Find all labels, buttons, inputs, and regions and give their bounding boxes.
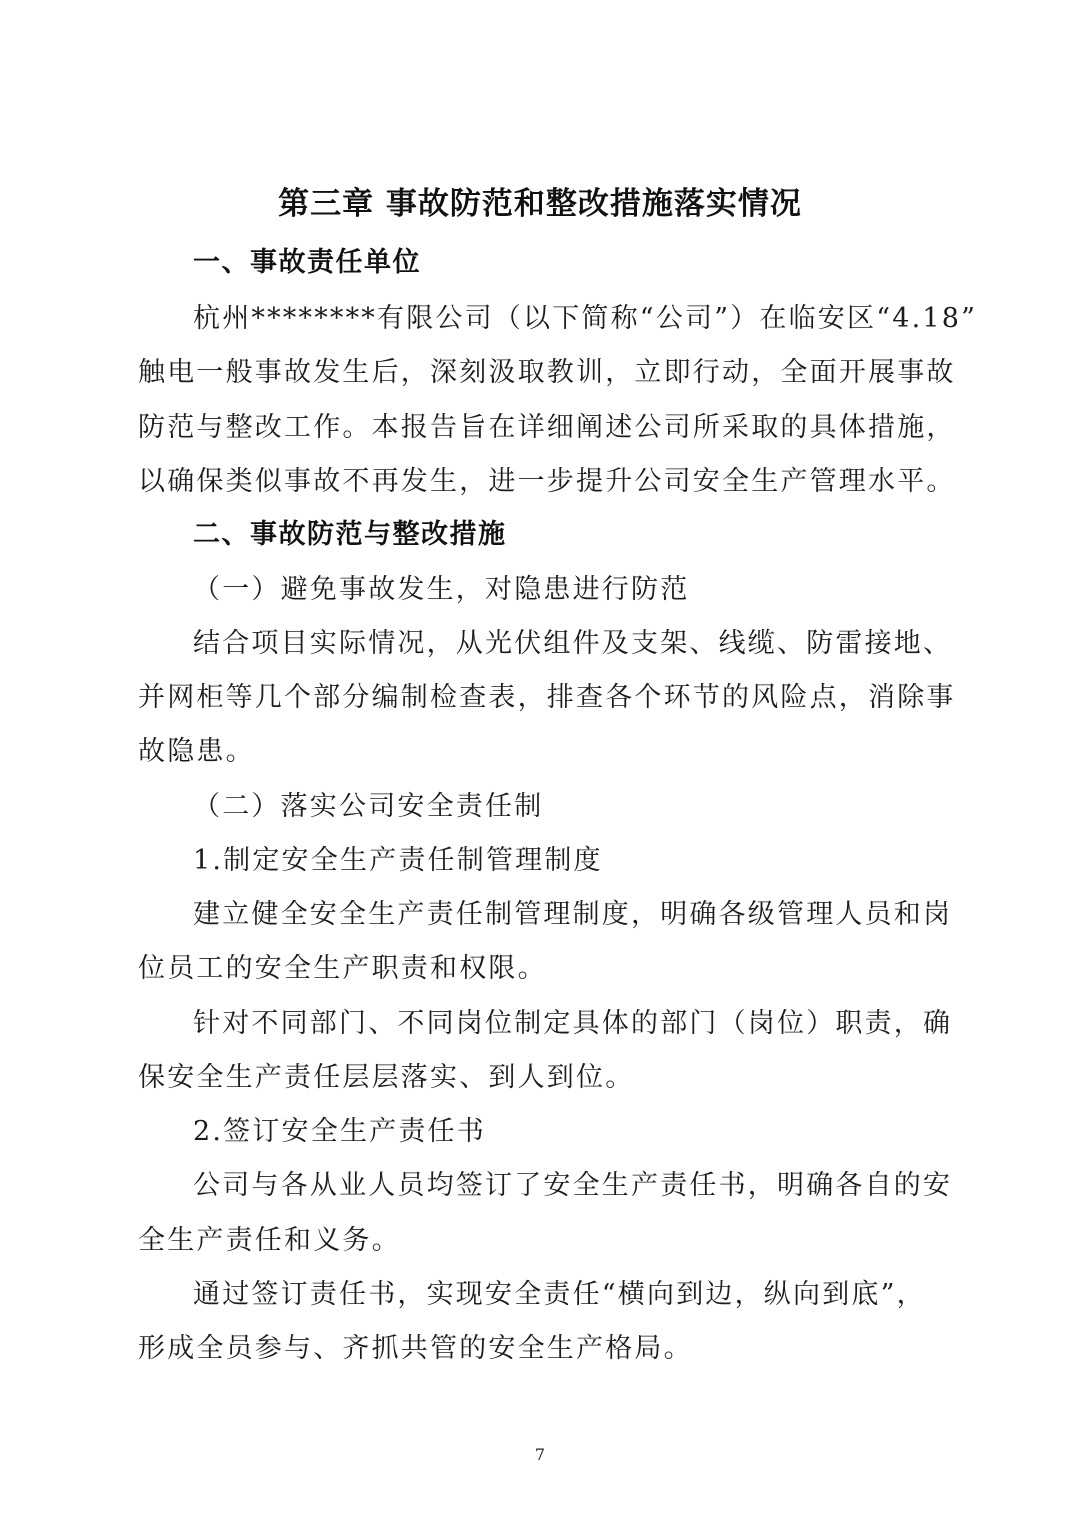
paragraph-line: 杭州********有限公司（以下简称“公司”）在临安区“4.18” bbox=[193, 296, 977, 335]
paragraph-line: 以确保类似事故不再发生，进一步提升公司安全生产管理水平。 bbox=[138, 459, 956, 498]
page-number: 7 bbox=[0, 1445, 1080, 1464]
paragraph-line: 针对不同部门、不同岗位制定具体的部门（岗位）职责，确 bbox=[193, 1001, 952, 1040]
paragraph-line: 形成全员参与、齐抓共管的安全生产格局。 bbox=[138, 1326, 693, 1365]
paragraph-line: 建立健全安全生产责任制管理制度，明确各级管理人员和岗 bbox=[193, 892, 952, 931]
paragraph-line: 防范与整改工作。本报告旨在详细阐述公司所采取的具体措施， bbox=[138, 405, 956, 444]
section-heading-2: 二、事故防范与整改措施 bbox=[193, 512, 507, 551]
item-heading: 2.签订安全生产责任书 bbox=[193, 1109, 486, 1148]
paragraph-line: 公司与各从业人员均签订了安全生产责任书，明确各自的安 bbox=[193, 1163, 952, 1202]
paragraph-line: 触电一般事故发生后，深刻汲取教训，立即行动，全面开展事故 bbox=[138, 350, 956, 389]
subsection-heading: （二）落实公司安全责任制 bbox=[193, 784, 543, 823]
item-heading: 1.制定安全生产责任制管理制度 bbox=[193, 838, 603, 877]
paragraph-line: 故隐患。 bbox=[138, 729, 255, 768]
paragraph-line: 通过签订责任书，实现安全责任“横向到边，纵向到底”， bbox=[193, 1272, 926, 1311]
paragraph-line: 结合项目实际情况，从光伏组件及支架、线缆、防雷接地、 bbox=[193, 621, 952, 660]
subsection-heading: （一）避免事故发生，对隐患进行防范 bbox=[193, 567, 689, 606]
section-heading-1: 一、事故责任单位 bbox=[193, 240, 421, 279]
paragraph-line: 保安全生产责任层层落实、到人到位。 bbox=[138, 1055, 634, 1094]
paragraph-line: 并网柜等几个部分编制检查表，排查各个环节的风险点，消除事 bbox=[138, 675, 956, 714]
document-page: 第三章 事故防范和整改措施落实情况 一、事故责任单位 杭州********有限公… bbox=[0, 0, 1080, 1527]
paragraph-line: 位员工的安全生产职责和权限。 bbox=[138, 946, 547, 985]
chapter-title: 第三章 事故防范和整改措施落实情况 bbox=[0, 178, 1080, 223]
paragraph-line: 全生产责任和义务。 bbox=[138, 1218, 401, 1257]
